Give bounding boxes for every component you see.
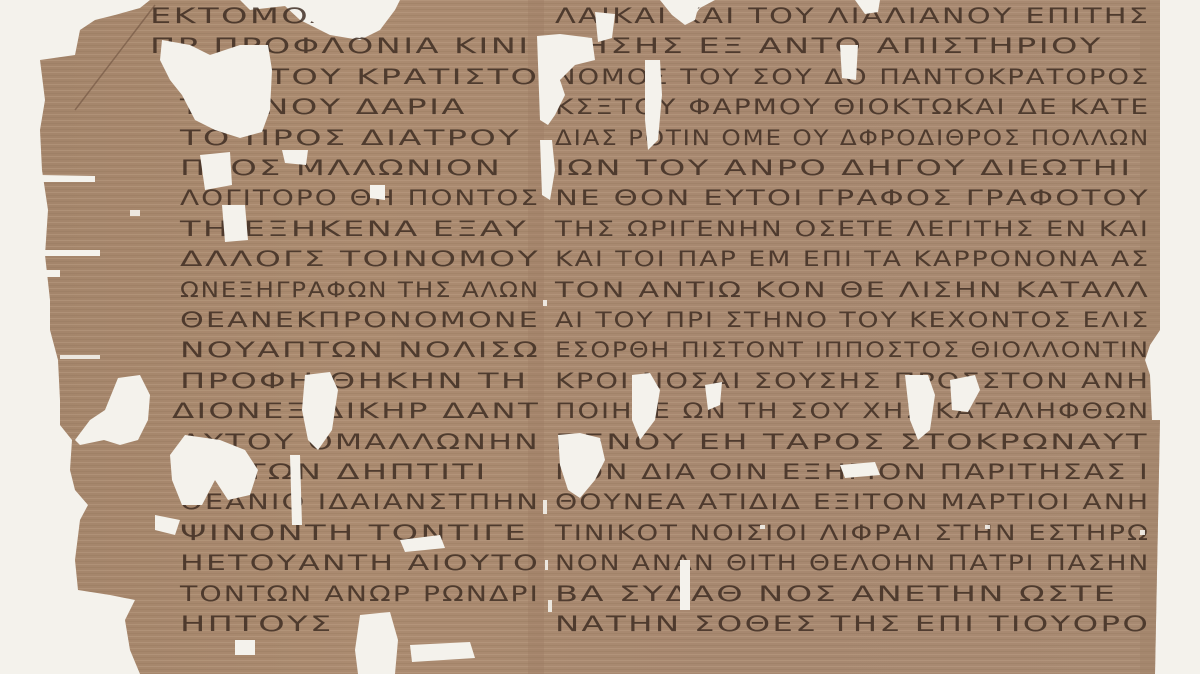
papyrus-lacunae <box>0 0 1200 674</box>
papyrus-photograph: ΕΚΤΟΜΟΛΟΥΠΡ ΠΡΟΦΛΟΝΙΑ ΚΙΝΙΤΟΣ ΤΟΥ ΚΡΑΤΙΣ… <box>0 0 1200 674</box>
